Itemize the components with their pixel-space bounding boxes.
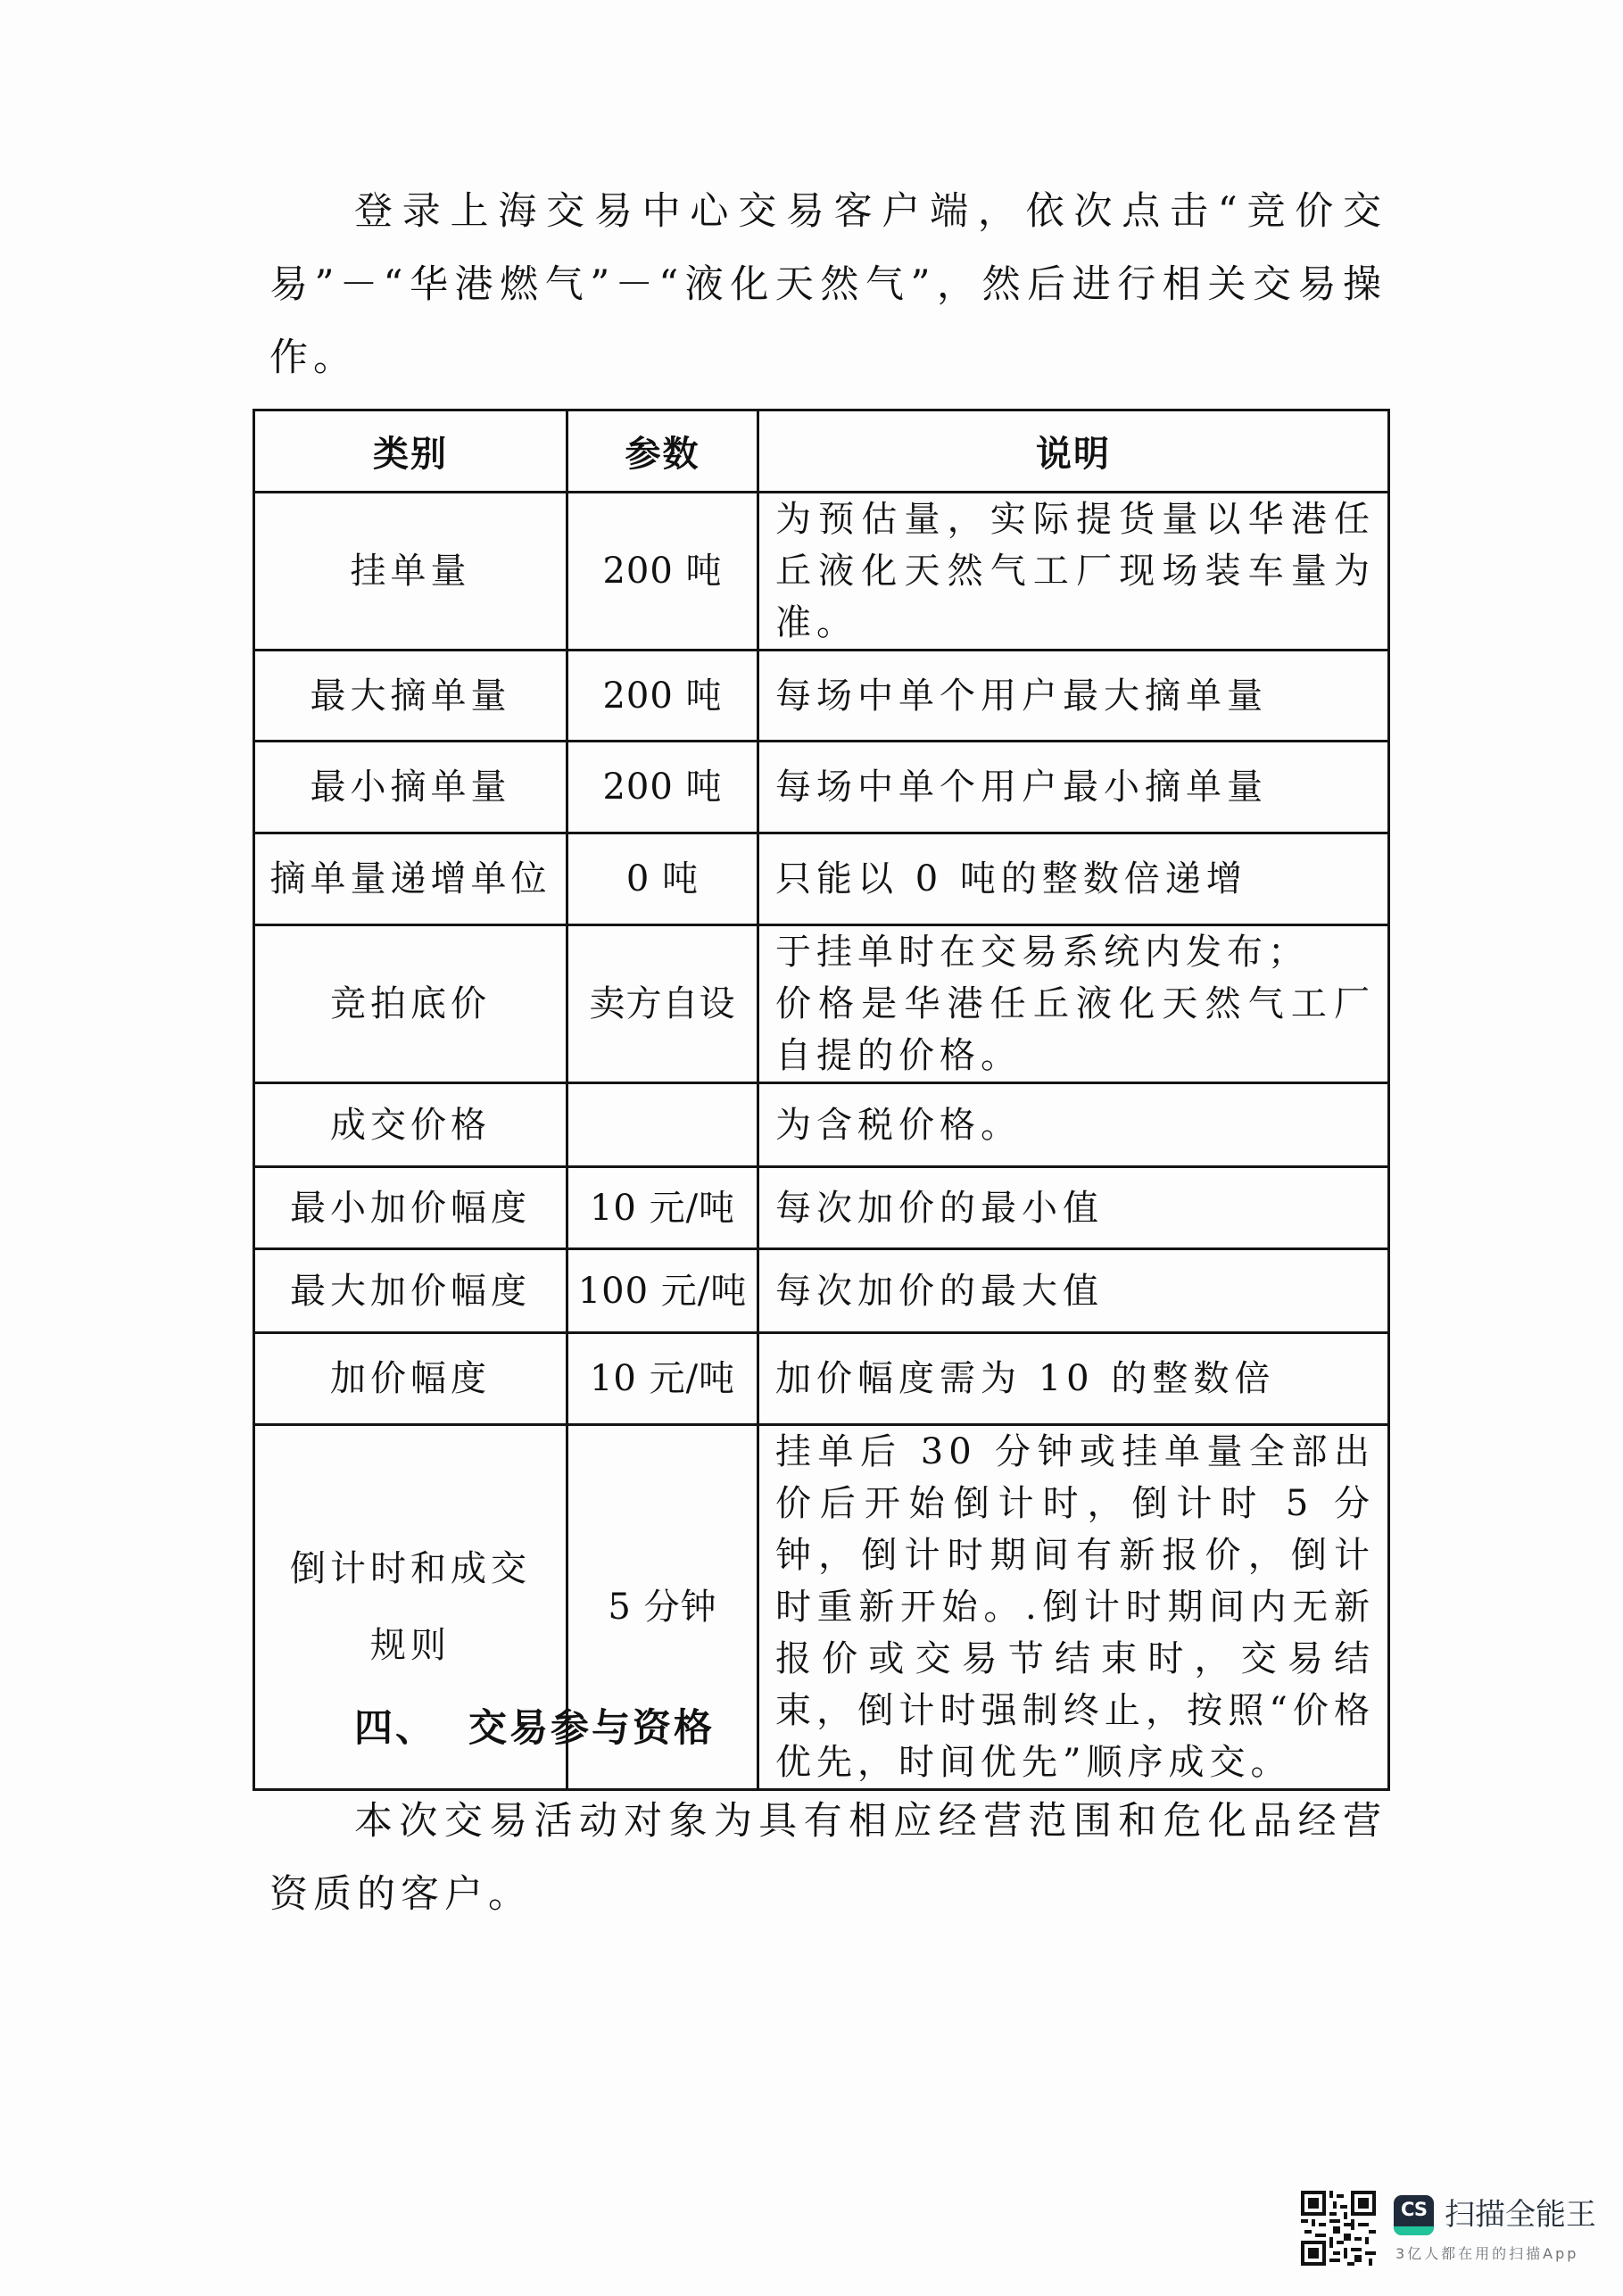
row-value: 200 吨 — [567, 493, 758, 651]
row-description: 只能以 0 吨的整数倍递增 — [758, 833, 1389, 925]
row-category: 最小加价幅度 — [254, 1167, 567, 1249]
row-value: 0 吨 — [567, 833, 758, 925]
brand-name: 扫描全能王 — [1445, 2196, 1596, 2234]
table-row: 最小摘单量 200 吨 每场中单个用户最小摘单量 — [254, 742, 1389, 833]
row-category: 竞拍底价 — [254, 925, 567, 1083]
row-description: 为含税价格。 — [758, 1083, 1389, 1167]
row-category: 加价幅度 — [254, 1333, 567, 1425]
brand-tagline: 3亿人都在用的扫描App — [1395, 2244, 1578, 2264]
row-value: 卖方自设 — [567, 925, 758, 1083]
intro-paragraph: 登录上海交易中心交易客户端，依次点击“竞价交易”－“华港燃气”－“液化天然气”，… — [269, 175, 1387, 394]
row-description: 挂单后 30 分钟或挂单量全部出价后开始倒计时，倒计时 5 分钟，倒计时期间有新… — [758, 1425, 1389, 1790]
table-row: 摘单量递增单位 0 吨 只能以 0 吨的整数倍递增 — [254, 833, 1389, 925]
row-value: 100 元/吨 — [567, 1249, 758, 1333]
description-line: 价格是华港任丘液化天然气工厂自提的价格。 — [775, 978, 1375, 1082]
section-heading: 四、 交易参与资格 — [354, 1700, 715, 1757]
document-page: 登录上海交易中心交易客户端，依次点击“竞价交易”－“华港燃气”－“液化天然气”，… — [0, 0, 1623, 2296]
header-description: 说明 — [758, 410, 1389, 493]
row-value: 200 吨 — [567, 651, 758, 742]
eligibility-paragraph: 本次交易活动对象为具有相应经营范围和危化品经营资质的客户。 — [269, 1785, 1387, 1931]
row-category: 摘单量递增单位 — [254, 833, 567, 925]
table-row: 成交价格 为含税价格。 — [254, 1083, 1389, 1167]
row-description: 加价幅度需为 10 的整数倍 — [758, 1333, 1389, 1425]
row-value — [567, 1083, 758, 1167]
table-header-row: 类别 参数 说明 — [254, 410, 1389, 493]
row-description: 每场中单个用户最小摘单量 — [758, 742, 1389, 833]
qr-code-icon — [1301, 2191, 1376, 2266]
row-description: 为预估量，实际提货量以华港任丘液化天然气工厂现场装车量为准。 — [758, 493, 1389, 651]
row-value: 200 吨 — [567, 742, 758, 833]
row-category: 最小摘单量 — [254, 742, 567, 833]
camscanner-logo-icon: CS — [1394, 2195, 1434, 2235]
trading-parameters-table: 类别 参数 说明 挂单量 200 吨 为预估量，实际提货量以华港任丘液化天然气工… — [253, 409, 1390, 1791]
table-row: 竞拍底价 卖方自设 于挂单时在交易系统内发布； 价格是华港任丘液化天然气工厂自提… — [254, 925, 1389, 1083]
table-row: 最大摘单量 200 吨 每场中单个用户最大摘单量 — [254, 651, 1389, 742]
table-row: 挂单量 200 吨 为预估量，实际提货量以华港任丘液化天然气工厂现场装车量为准。 — [254, 493, 1389, 651]
row-category: 最大摘单量 — [254, 651, 567, 742]
table-row: 加价幅度 10 元/吨 加价幅度需为 10 的整数倍 — [254, 1333, 1389, 1425]
camscanner-watermark: CS 扫描全能王 3亿人都在用的扫描App — [1299, 2189, 1620, 2274]
table-row: 最小加价幅度 10 元/吨 每次加价的最小值 — [254, 1167, 1389, 1249]
header-parameter: 参数 — [567, 410, 758, 493]
row-category: 最大加价幅度 — [254, 1249, 567, 1333]
row-value: 10 元/吨 — [567, 1167, 758, 1249]
row-description: 于挂单时在交易系统内发布； 价格是华港任丘液化天然气工厂自提的价格。 — [758, 925, 1389, 1083]
row-category: 成交价格 — [254, 1083, 567, 1167]
row-description: 每次加价的最小值 — [758, 1167, 1389, 1249]
table-row: 最大加价幅度 100 元/吨 每次加价的最大值 — [254, 1249, 1389, 1333]
logo-accent-band — [1394, 2226, 1434, 2235]
row-category: 挂单量 — [254, 493, 567, 651]
logo-text: CS — [1394, 2199, 1434, 2220]
description-line: 于挂单时在交易系统内发布； — [775, 926, 1375, 978]
row-value: 10 元/吨 — [567, 1333, 758, 1425]
row-description: 每场中单个用户最大摘单量 — [758, 651, 1389, 742]
header-category: 类别 — [254, 410, 567, 493]
row-description: 每次加价的最大值 — [758, 1249, 1389, 1333]
